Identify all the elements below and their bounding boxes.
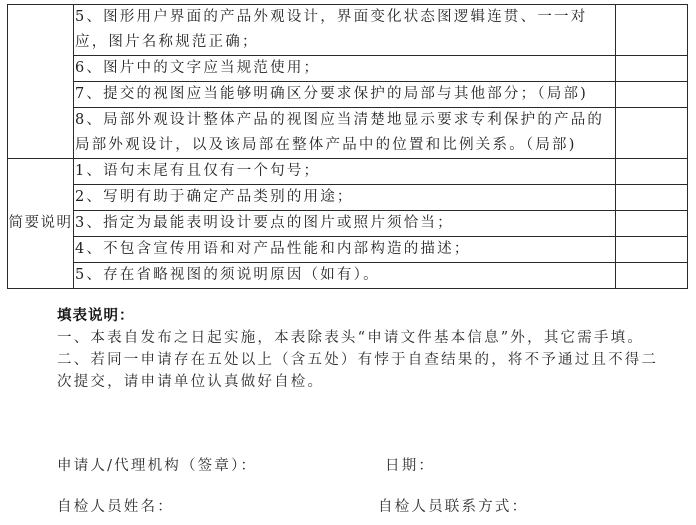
inspector-name-label: 自检人员姓名： [57,499,174,515]
instruction-line-3: 次提交，请申请单位认真做好自检。 [57,371,658,393]
inspector-name-field: 自检人员姓名： [57,495,234,516]
check-item-text: 6、图片中的文字应当规范使用； [74,56,616,82]
table-row: 3、指定为最能表明设计要点的图片或照片须恰当； [8,211,688,237]
check-result-cell[interactable] [616,56,688,82]
date-input[interactable] [435,454,495,470]
date-field: 日期： [385,454,495,475]
inspector-contact-input[interactable] [528,495,588,511]
check-result-cell[interactable] [616,263,688,289]
table-row: 5、图形用户界面的产品外观设计，界面变化状态图逻辑连贯、一一对应，图片名称规范正… [8,5,688,56]
instruction-line-1: 一、本表自发布之日起实施，本表除表头“申请文件基本信息”外，其它需手填。 [57,327,658,349]
table-row: 2、写明有助于确定产品类别的用途； [8,185,688,211]
category-cell-drawings [8,5,74,159]
check-item-text: 3、指定为最能表明设计要点的图片或照片须恰当； [74,211,616,237]
check-item-text: 1、语句末尾有且仅有一个句号； [74,159,616,185]
check-result-cell[interactable] [616,237,688,263]
check-result-cell[interactable] [616,211,688,237]
check-result-cell[interactable] [616,108,688,159]
table-row: 4、不包含宣传用语和对产品性能和内部构造的描述； [8,237,688,263]
check-item-text: 4、不包含宣传用语和对产品性能和内部构造的描述； [74,237,616,263]
check-result-cell[interactable] [616,159,688,185]
filling-instructions: 填表说明： 一、本表自发布之日起实施，本表除表头“申请文件基本信息”外，其它需手… [57,305,658,393]
applicant-signature-field: 申请人/代理机构（签章）： [57,454,317,475]
table-row: 6、图片中的文字应当规范使用； [8,56,688,82]
table-row: 8、局部外观设计整体产品的视图应当清楚地显示要求专利保护的产品的局部外观设计，以… [8,108,688,159]
check-result-cell[interactable] [616,185,688,211]
check-item-text: 5、存在省略视图的须说明原因（如有）。 [74,263,616,289]
self-check-form-page: 5、图形用户界面的产品外观设计，界面变化状态图逻辑连贯、一一对应，图片名称规范正… [0,0,696,525]
date-label: 日期： [385,458,435,474]
check-item-text: 2、写明有助于确定产品类别的用途； [74,185,616,211]
check-item-text: 5、图形用户界面的产品外观设计，界面变化状态图逻辑连贯、一一对应，图片名称规范正… [74,5,616,56]
applicant-signature-input[interactable] [257,454,317,470]
check-item-text: 7、提交的视图应当能够明确区分要求保护的局部与其他部分；（局部) [74,82,616,108]
self-check-table: 5、图形用户界面的产品外观设计，界面变化状态图逻辑连贯、一一对应，图片名称规范正… [7,4,688,289]
check-result-cell[interactable] [616,82,688,108]
table-row: 简要说明 1、语句末尾有且仅有一个句号； [8,159,688,185]
inspector-name-input[interactable] [174,495,234,511]
inspector-contact-field: 自检人员联系方式： [378,495,588,516]
check-item-text: 8、局部外观设计整体产品的视图应当清楚地显示要求专利保护的产品的局部外观设计，以… [74,108,616,159]
category-cell-brief-description: 简要说明 [8,159,74,289]
check-result-cell[interactable] [616,5,688,56]
table-row: 7、提交的视图应当能够明确区分要求保护的局部与其他部分；（局部) [8,82,688,108]
table-row: 5、存在省略视图的须说明原因（如有）。 [8,263,688,289]
instruction-line-2: 二、若同一申请存在五处以上（含五处）有悖于自查结果的，将不予通过且不得二 [57,349,658,371]
instructions-title: 填表说明： [57,305,658,327]
inspector-contact-label: 自检人员联系方式： [378,499,528,515]
applicant-signature-label: 申请人/代理机构（签章）： [57,458,257,474]
